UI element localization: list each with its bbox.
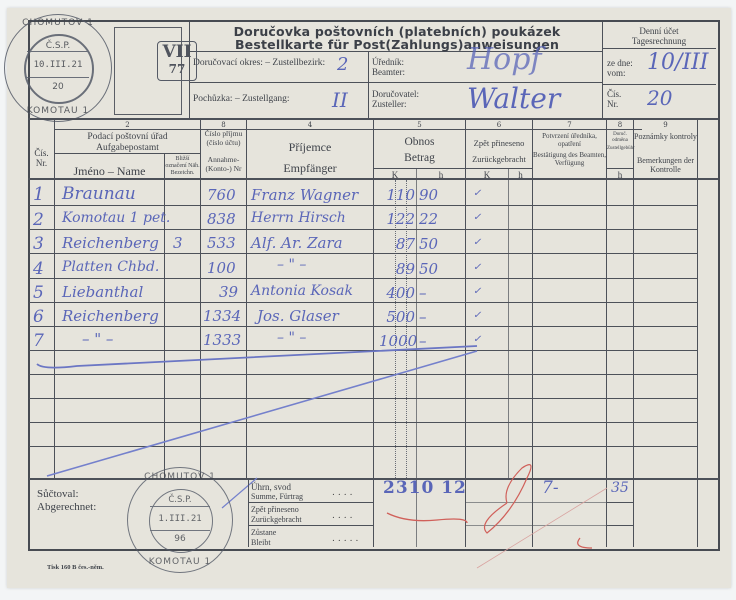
print-note: Tisk 160 B čes.-něm. (47, 563, 104, 573)
postal-delivery-card: Doručovka poštovních (platebních) poukáz… (7, 8, 731, 588)
postmark-bottom: Č.S.P. 1.III.21 96 CHOMUTOV 1 KOMOTAU 1 (127, 467, 233, 573)
red-correction-marks (7, 8, 731, 588)
